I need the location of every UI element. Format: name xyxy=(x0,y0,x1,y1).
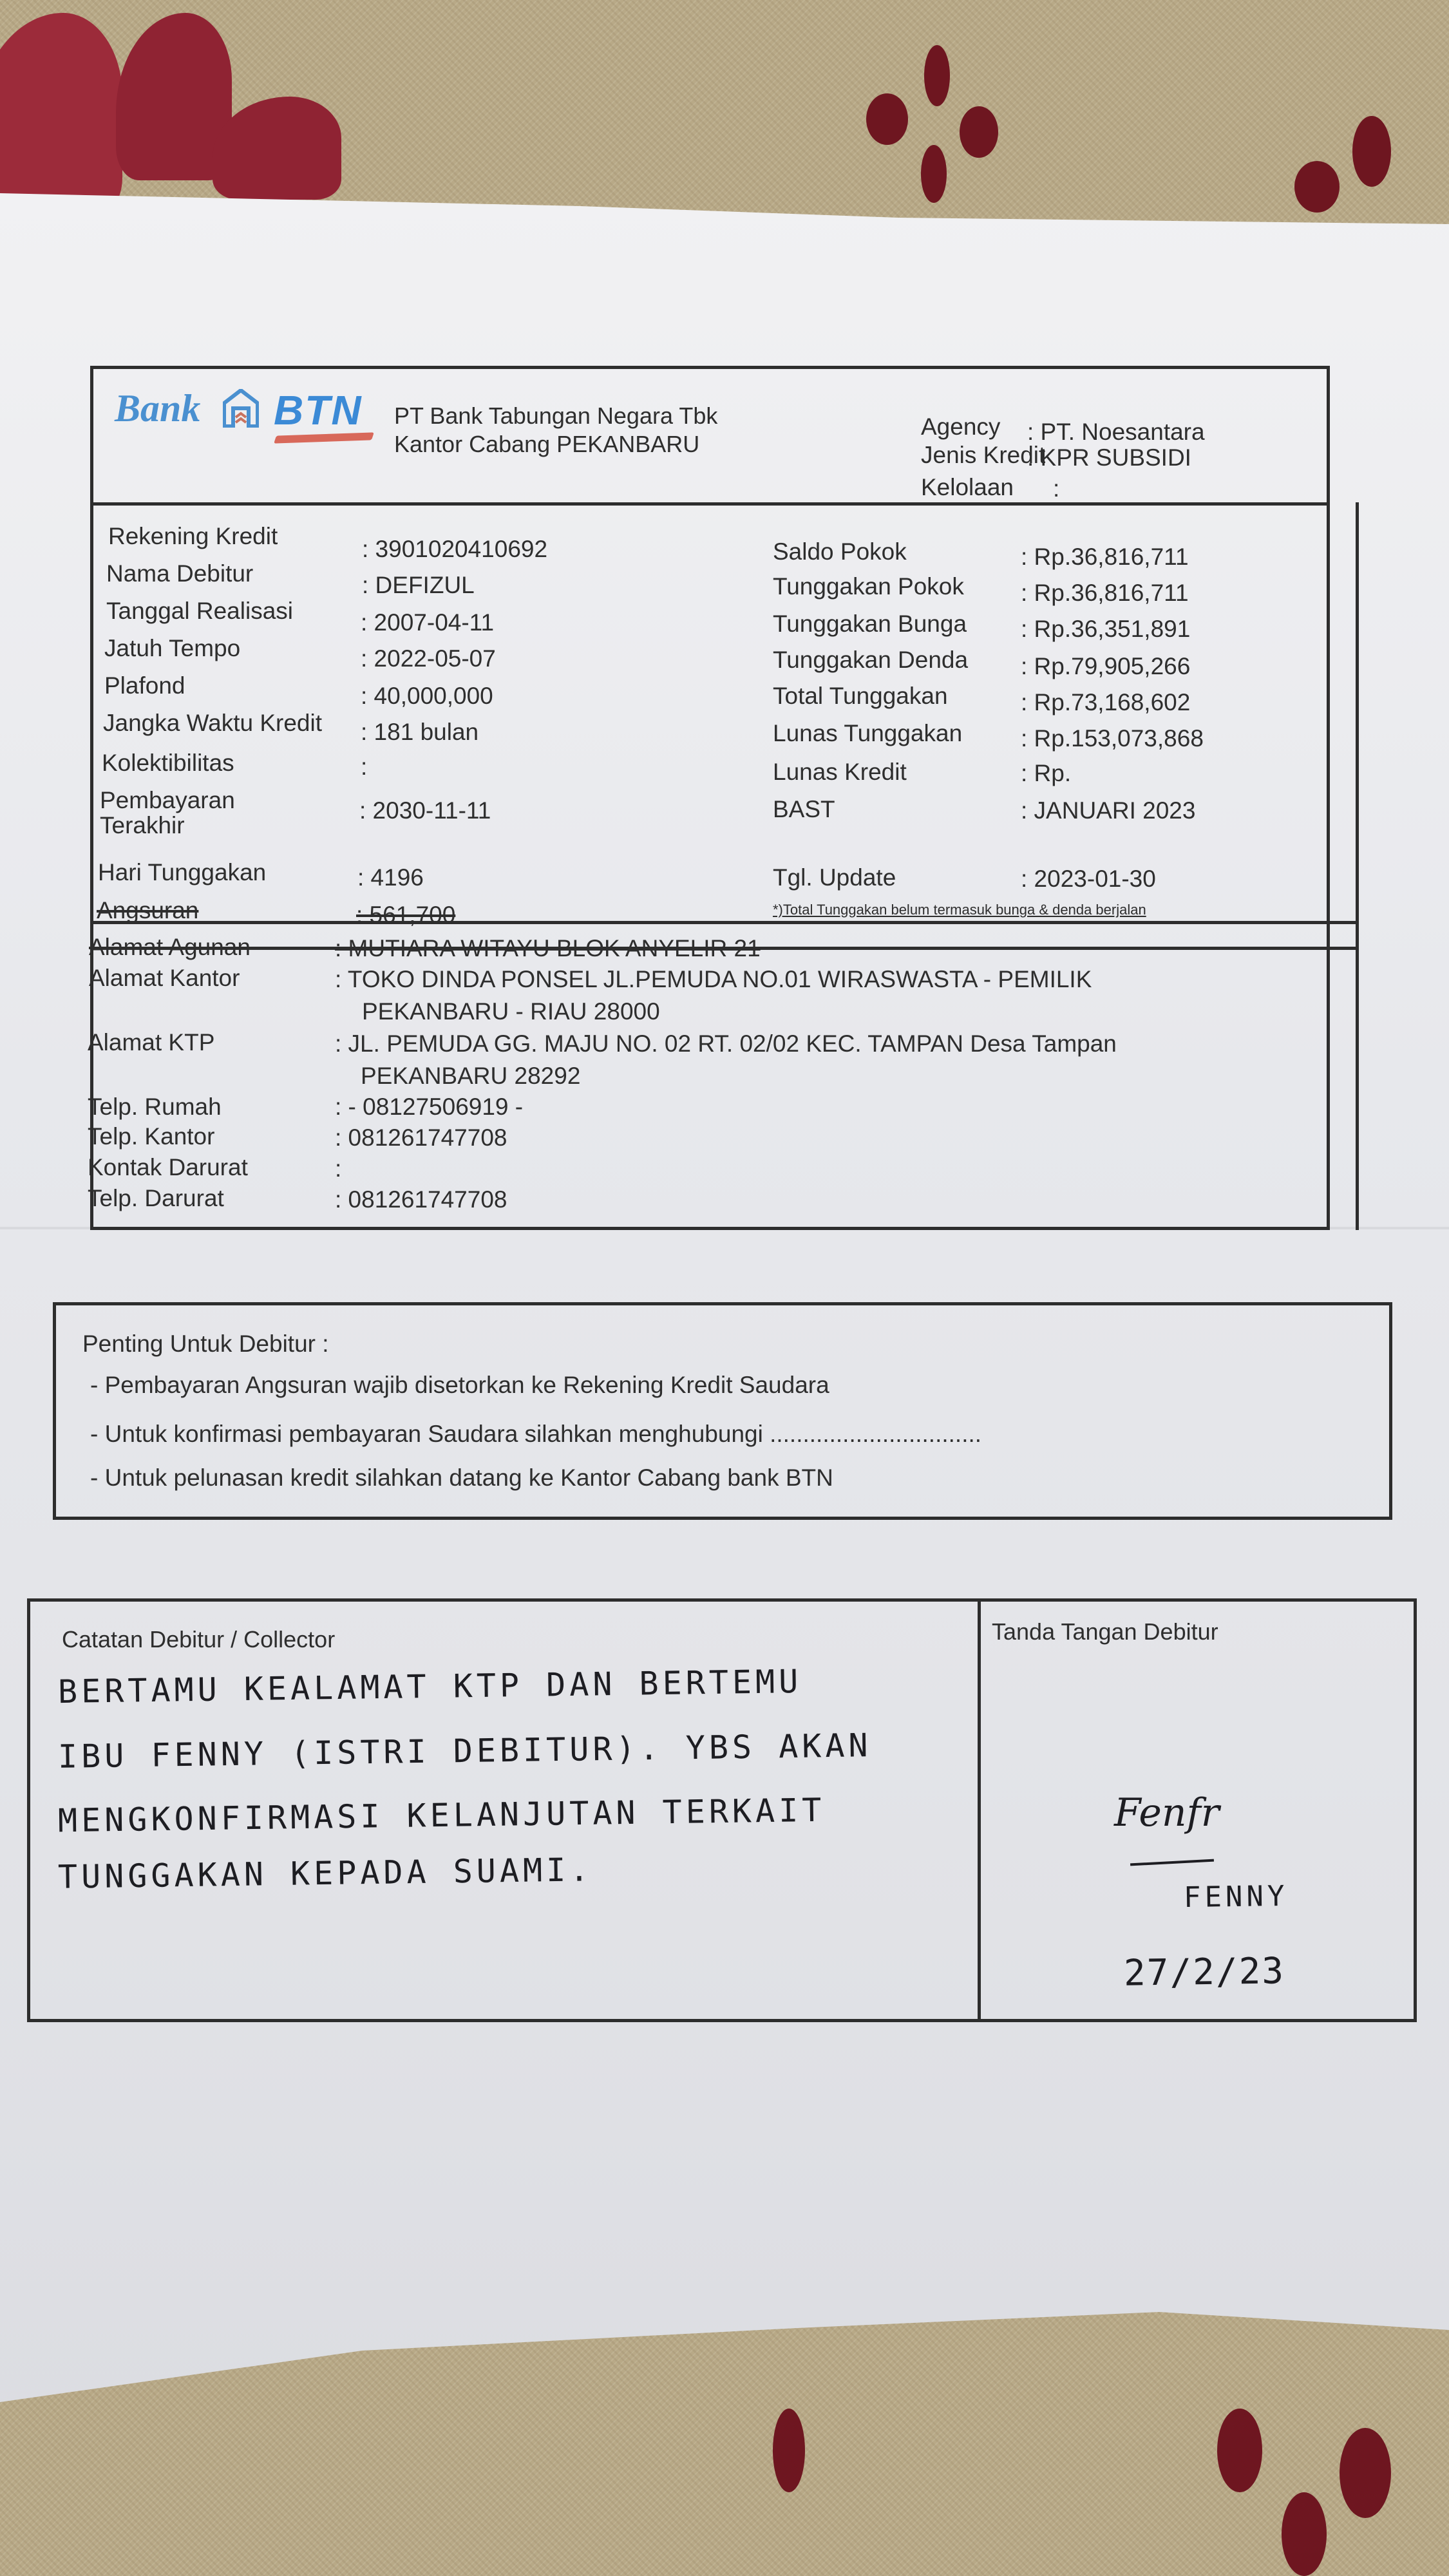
field-label: Nama Debitur xyxy=(106,562,253,585)
field-value: : 2023-01-30 xyxy=(1021,867,1156,891)
field-value-struck: : MUTIARA WITAYU BLOK ANYELIR 21 xyxy=(335,936,761,960)
field-value: : Rp. xyxy=(1021,761,1071,785)
field-value: : Rp.36,351,891 xyxy=(1021,617,1190,641)
field-value: : Rp.153,073,868 xyxy=(1021,726,1204,750)
field-value: : Rp.73,168,602 xyxy=(1021,690,1190,714)
bank-logo-text: Bank xyxy=(115,386,200,431)
btn-house-icon xyxy=(223,389,259,428)
field-label: Plafond xyxy=(104,674,185,697)
right-border xyxy=(1356,502,1359,1230)
field-label: Jatuh Tempo xyxy=(104,636,240,660)
field-label: Lunas Kredit xyxy=(773,760,907,784)
field-value: : xyxy=(361,755,367,779)
field-value-line2: PEKANBARU - RIAU 28000 xyxy=(362,999,660,1023)
btn-logo-text: BTN xyxy=(274,386,363,434)
kelolaan-label: Kelolaan xyxy=(921,475,1014,499)
field-label: Alamat KTP xyxy=(88,1030,214,1054)
field-value: : 3901020410692 xyxy=(362,537,547,561)
handwritten-note-line: TUNGGAKAN KEPADA SUAMI. xyxy=(58,1851,593,1896)
field-value: : 181 bulan xyxy=(361,720,478,744)
agency-label: Agency xyxy=(921,415,1000,439)
address-divider xyxy=(90,921,1359,924)
field-value: : JANUARI 2023 xyxy=(1021,799,1195,822)
notes-signature-divider xyxy=(978,1598,981,2022)
field-value: : Rp.79,905,266 xyxy=(1021,654,1190,678)
field-label: Total Tunggakan xyxy=(773,684,948,708)
branch-name: Kantor Cabang PEKANBARU xyxy=(394,433,699,456)
field-value: : Rp.36,816,711 xyxy=(1021,581,1189,605)
field-value: : Rp.36,816,711 xyxy=(1021,545,1189,569)
field-value: : 40,000,000 xyxy=(361,684,493,708)
signature-title: Tanda Tangan Debitur xyxy=(992,1620,1218,1643)
field-label: Tgl. Update xyxy=(773,866,896,889)
field-label-struck: Angsuran xyxy=(97,898,198,922)
signature-mark: Fenfr xyxy=(1114,1790,1219,1835)
notice-title: Penting Untuk Debitur : xyxy=(82,1332,329,1356)
field-label: BAST xyxy=(773,797,835,821)
jenis-kredit-value: : KPR SUBSIDI xyxy=(1027,446,1191,469)
field-label: Alamat Kantor xyxy=(89,966,240,990)
field-value: : 2030-11-11 xyxy=(359,799,491,822)
field-label: Lunas Tunggakan xyxy=(773,721,962,745)
field-label: Pembayaran Terakhir xyxy=(100,788,267,838)
field-label: Saldo Pokok xyxy=(773,540,907,563)
field-value: : 2022-05-07 xyxy=(361,647,496,670)
field-label: Kontak Darurat xyxy=(88,1155,248,1179)
footnote: *)Total Tunggakan belum termasuk bunga &… xyxy=(773,903,1146,917)
field-value: : 081261747708 xyxy=(335,1126,507,1150)
field-value: : TOKO DINDA PONSEL JL.PEMUDA NO.01 WIRA… xyxy=(335,967,1092,991)
company-name: PT Bank Tabungan Negara Tbk xyxy=(394,404,717,428)
header-divider xyxy=(90,502,1330,506)
signature-date: 27/2/23 xyxy=(1124,1950,1285,1994)
field-value-line2: PEKANBARU 28292 xyxy=(361,1064,580,1088)
agency-value: : PT. Noesantara xyxy=(1027,420,1205,444)
field-label: Tunggakan Pokok xyxy=(773,574,964,598)
field-label: Kolektibilitas xyxy=(102,751,234,775)
field-value-struck: : 561,700 xyxy=(356,903,455,927)
field-value: : - 08127506919 - xyxy=(335,1095,523,1119)
field-label: Rekening Kredit xyxy=(108,524,278,548)
field-value: : 2007-04-11 xyxy=(361,611,494,634)
field-label-struck: Alamat Agunan xyxy=(89,935,251,959)
field-value: : DEFIZUL xyxy=(362,573,475,597)
field-label: Jangka Waktu Kredit xyxy=(103,711,322,735)
field-label: Hari Tunggakan xyxy=(98,860,266,884)
notice-item: - Untuk konfirmasi pembayaran Saudara si… xyxy=(90,1422,981,1446)
notes-title: Catatan Debitur / Collector xyxy=(62,1628,335,1651)
field-value: : 4196 xyxy=(357,866,424,889)
field-value: : xyxy=(335,1157,341,1180)
notice-item: - Pembayaran Angsuran wajib disetorkan k… xyxy=(90,1373,829,1397)
field-label: Telp. Darurat xyxy=(88,1186,224,1210)
field-value: : JL. PEMUDA GG. MAJU NO. 02 RT. 02/02 K… xyxy=(335,1032,1117,1056)
kelolaan-value: : xyxy=(1053,477,1059,500)
field-label: Tunggakan Bunga xyxy=(773,612,967,636)
field-label: Telp. Kantor xyxy=(88,1124,214,1148)
field-label: Telp. Rumah xyxy=(88,1095,222,1119)
notice-item: - Untuk pelunasan kredit silahkan datang… xyxy=(90,1466,833,1490)
signer-name: FENNY xyxy=(1184,1880,1289,1914)
field-label: Tanggal Realisasi xyxy=(106,599,293,623)
field-label: Tunggakan Denda xyxy=(773,648,968,672)
field-value: : 081261747708 xyxy=(335,1188,507,1211)
